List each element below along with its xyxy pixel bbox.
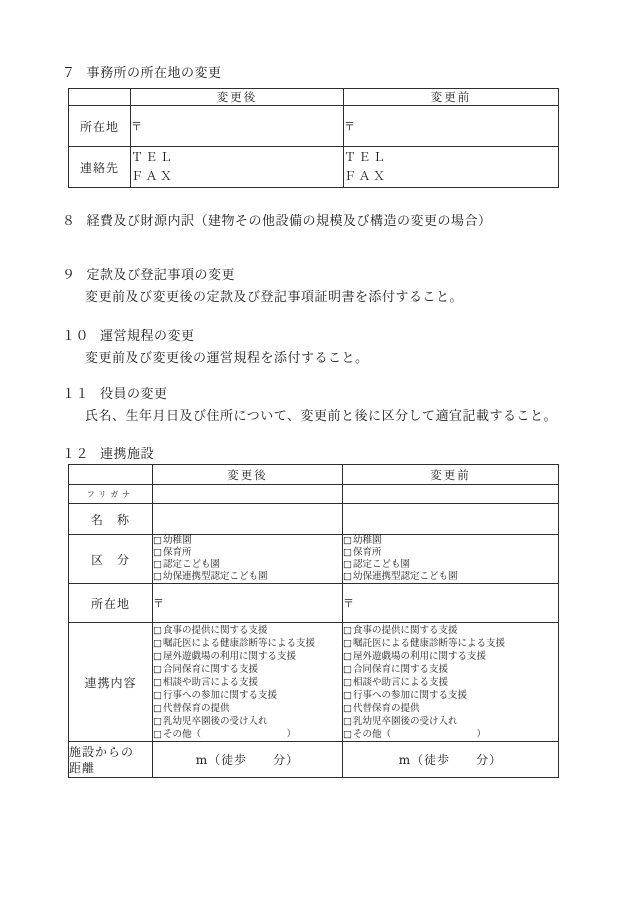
checkbox-icon[interactable]: □ [343,728,352,741]
checkbox-label: 幼稚園 [353,535,382,546]
checkbox-label: その他（ ） [353,729,486,740]
checkbox-label: 屋外遊戯場の利用に関する支援 [163,651,296,662]
checkbox-option: □食事の提供に関する支援 [153,624,342,637]
table-row-cooperation-content: 連携内容 □食事の提供に関する支援□嘱託医による健康診断等による支援□屋外遊戯場… [69,623,559,742]
document-page: ７事務所の所在地の変更 変更後 変更前 所在地 〒 〒 連絡先 ＴＥＬ ＦＡＸ … [0,0,630,915]
furigana-after-field[interactable] [153,485,343,504]
address-row-label: 所在地 [69,584,153,623]
table-row-name: 名 称 [69,504,559,535]
section-number: ８ [62,214,76,229]
checkbox-icon[interactable]: □ [153,728,162,741]
section-12-heading: １２連携施設 [62,447,590,462]
checkbox-icon[interactable]: □ [343,624,352,637]
checkbox-label: 行事への参加に関する支援 [163,690,277,701]
before-change-header: 変更前 [343,465,559,485]
checkbox-option: □屋外遊戯場の利用に関する支援 [343,650,558,663]
checkbox-option: □屋外遊戯場の利用に関する支援 [153,650,342,663]
checkbox-option: □嘱託医による健康診断等による支援 [153,637,342,650]
checkbox-label: 認定こども園 [353,559,410,570]
checkbox-option: □行事への参加に関する支援 [343,689,558,702]
checkbox-icon[interactable]: □ [343,702,352,715]
content-options-before: □食事の提供に関する支援□嘱託医による健康診断等による支援□屋外遊戯場の利用に関… [343,623,559,742]
address-before-field[interactable]: 〒 [344,106,559,147]
checkbox-label: 相談や助言による支援 [163,677,258,688]
content-options-after: □食事の提供に関する支援□嘱託医による健康診断等による支援□屋外遊戯場の利用に関… [153,623,343,742]
checkbox-option: □相談や助言による支援 [343,676,558,689]
tel-label: ＴＥＬ [344,148,558,167]
fax-label: ＦＡＸ [131,167,343,186]
section-9-heading: ９定款及び登記事項の変更 [62,268,590,283]
checkbox-label: 乳幼児卒園後の受け入れ [353,716,458,727]
checkbox-icon[interactable]: □ [343,689,352,702]
section-number: １１ [62,387,89,402]
section-title: 定款及び登記事項の変更 [87,268,236,283]
section-number: １０ [62,329,89,344]
section-title: 事務所の所在地の変更 [87,66,222,81]
checkbox-label: 幼保連携型認定こども園 [163,571,268,582]
checkbox-label: 代替保育の提供 [353,703,420,714]
checkbox-option: □その他（ ） [343,728,558,741]
postal-mark: 〒 [131,120,142,133]
checkbox-option: □代替保育の提供 [153,702,342,715]
before-change-header: 変更前 [344,89,559,106]
content-row-label: 連携内容 [69,623,153,742]
checkbox-icon[interactable]: □ [153,702,162,715]
checkbox-option: □幼稚園 [343,535,558,547]
checkbox-label: 合同保育に関する支援 [353,664,448,675]
postal-mark: 〒 [343,597,354,610]
checkbox-label: 認定こども園 [163,559,220,570]
checkbox-label: 保育所 [163,547,192,558]
section-title: 役員の変更 [100,387,168,402]
postal-mark: 〒 [344,120,355,133]
checkbox-option: □保育所 [343,547,558,559]
checkbox-label: 食事の提供に関する支援 [163,625,268,636]
section-8-heading: ８経費及び財源内訳（建物その他設備の規模及び構造の変更の場合） [62,214,590,229]
checkbox-icon[interactable]: □ [153,676,162,689]
contact-before-field[interactable]: ＴＥＬ ＦＡＸ [344,147,559,188]
after-change-header: 変更後 [131,89,344,106]
checkbox-option: □幼保連携型認定こども園 [153,571,342,583]
checkbox-label: 食事の提供に関する支援 [353,625,458,636]
table-row-distance: 施設からの 距離 m（徒歩 分） m（徒歩 分） [69,742,559,778]
checkbox-option: □合同保育に関する支援 [153,663,342,676]
section-title: 運営規程の変更 [100,329,195,344]
checkbox-label: 屋外遊戯場の利用に関する支援 [353,651,486,662]
section-number: ９ [62,268,76,283]
address-row-label: 所在地 [69,106,131,147]
section-10-heading: １０運営規程の変更 [62,329,590,344]
section-11-note: 氏名、生年月日及び住所について、変更前と後に区分して適宜記載すること。 [85,409,590,424]
distance-row-label: 施設からの 距離 [69,742,153,778]
checkbox-icon[interactable]: □ [343,676,352,689]
checkbox-option: □合同保育に関する支援 [343,663,558,676]
checkbox-icon[interactable]: □ [153,663,162,676]
checkbox-option: □幼稚園 [153,535,342,547]
facility-address-after-field[interactable]: 〒 [153,584,343,623]
table-header-row: 変更後 変更前 [69,465,559,485]
checkbox-label: 合同保育に関する支援 [163,664,258,675]
section-title: 連携施設 [100,447,154,462]
section-number: １２ [62,447,89,462]
checkbox-icon[interactable]: □ [343,559,352,571]
section-title: 経費及び財源内訳（建物その他設備の規模及び構造の変更の場合） [87,214,492,229]
contact-after-field[interactable]: ＴＥＬ ＦＡＸ [131,147,344,188]
fax-label: ＦＡＸ [344,167,558,186]
checkbox-icon[interactable]: □ [153,637,162,650]
section-number: ７ [62,66,76,81]
checkbox-option: □認定こども園 [343,559,558,571]
checkbox-option: □代替保育の提供 [343,702,558,715]
checkbox-option: □保育所 [153,547,342,559]
name-before-field[interactable] [343,504,559,535]
checkbox-icon[interactable]: □ [153,650,162,663]
furigana-row-label: フリガナ [69,485,153,504]
checkbox-option: □嘱託医による健康診断等による支援 [343,637,558,650]
checkbox-icon[interactable]: □ [153,559,162,571]
name-row-label: 名 称 [69,504,153,535]
section-10-note: 変更前及び変更後の運営規程を添付すること。 [85,351,590,366]
office-address-table: 変更後 変更前 所在地 〒 〒 連絡先 ＴＥＬ ＦＡＸ ＴＥＬ ＦＡＸ [68,88,559,188]
checkbox-option: □その他（ ） [153,728,342,741]
checkbox-icon[interactable]: □ [343,650,352,663]
table-row-furigana: フリガナ [69,485,559,504]
distance-label-line2: 距離 [69,760,152,776]
checkbox-label: 相談や助言による支援 [353,677,448,688]
distance-label-line1: 施設からの [69,744,152,760]
checkbox-icon[interactable]: □ [343,663,352,676]
checkbox-option: □食事の提供に関する支援 [343,624,558,637]
checkbox-option: □相談や助言による支援 [153,676,342,689]
checkbox-icon[interactable]: □ [343,571,352,583]
checkbox-option: □幼保連携型認定こども園 [343,571,558,583]
corner-cell [69,465,153,485]
section-9-note: 変更前及び変更後の定款及び登記事項証明書を添付すること。 [85,290,590,305]
checkbox-icon[interactable]: □ [343,637,352,650]
checkbox-label: 幼稚園 [163,535,192,546]
table-row-address: 所在地 〒 〒 [69,106,559,147]
checkbox-option: □乳幼児卒園後の受け入れ [343,715,558,728]
checkbox-label: その他（ ） [163,729,296,740]
checkbox-option: □乳幼児卒園後の受け入れ [153,715,342,728]
checkbox-icon[interactable]: □ [153,535,162,547]
checkbox-icon[interactable]: □ [153,715,162,728]
contact-row-label: 連絡先 [69,147,131,188]
corner-cell [69,89,131,106]
table-row-contact: 連絡先 ＴＥＬ ＦＡＸ ＴＥＬ ＦＡＸ [69,147,559,188]
table-row-address: 所在地 〒 〒 [69,584,559,623]
distance-unit-text: m（徒歩 分） [196,753,299,767]
furigana-before-field[interactable] [343,485,559,504]
checkbox-option: □認定こども園 [153,559,342,571]
facility-address-before-field[interactable]: 〒 [343,584,559,623]
name-after-field[interactable] [153,504,343,535]
section-7-heading: ７事務所の所在地の変更 [62,66,590,81]
address-after-field[interactable]: 〒 [131,106,344,147]
checkbox-icon[interactable]: □ [343,535,352,547]
category-options-after: □幼稚園□保育所□認定こども園□幼保連携型認定こども園 [153,535,343,584]
checkbox-label: 嘱託医による健康診断等による支援 [353,638,505,649]
distance-after-field[interactable]: m（徒歩 分） [153,742,343,778]
category-options-before: □幼稚園□保育所□認定こども園□幼保連携型認定こども園 [343,535,559,584]
checkbox-label: 嘱託医による健康診断等による支援 [163,638,315,649]
category-row-label: 区 分 [69,535,153,584]
checkbox-label: 行事への参加に関する支援 [353,690,467,701]
checkbox-icon[interactable]: □ [153,624,162,637]
distance-unit-text: m（徒歩 分） [399,753,502,767]
tel-label: ＴＥＬ [131,148,343,167]
checkbox-label: 幼保連携型認定こども園 [353,571,458,582]
checkbox-label: 代替保育の提供 [163,703,230,714]
checkbox-icon[interactable]: □ [153,689,162,702]
after-change-header: 変更後 [153,465,343,485]
distance-before-field[interactable]: m（徒歩 分） [343,742,559,778]
checkbox-icon[interactable]: □ [153,547,162,559]
table-header-row: 変更後 変更前 [69,89,559,106]
checkbox-label: 保育所 [353,547,382,558]
checkbox-icon[interactable]: □ [153,571,162,583]
postal-mark: 〒 [153,597,164,610]
table-row-category: 区 分 □幼稚園□保育所□認定こども園□幼保連携型認定こども園 □幼稚園□保育所… [69,535,559,584]
partner-facility-table: 変更後 変更前 フリガナ 名 称 区 分 □幼稚園□保育所□認定こども園□幼保連… [68,464,559,778]
checkbox-icon[interactable]: □ [343,547,352,559]
checkbox-label: 乳幼児卒園後の受け入れ [163,716,268,727]
section-11-heading: １１役員の変更 [62,387,590,402]
checkbox-option: □行事への参加に関する支援 [153,689,342,702]
checkbox-icon[interactable]: □ [343,715,352,728]
